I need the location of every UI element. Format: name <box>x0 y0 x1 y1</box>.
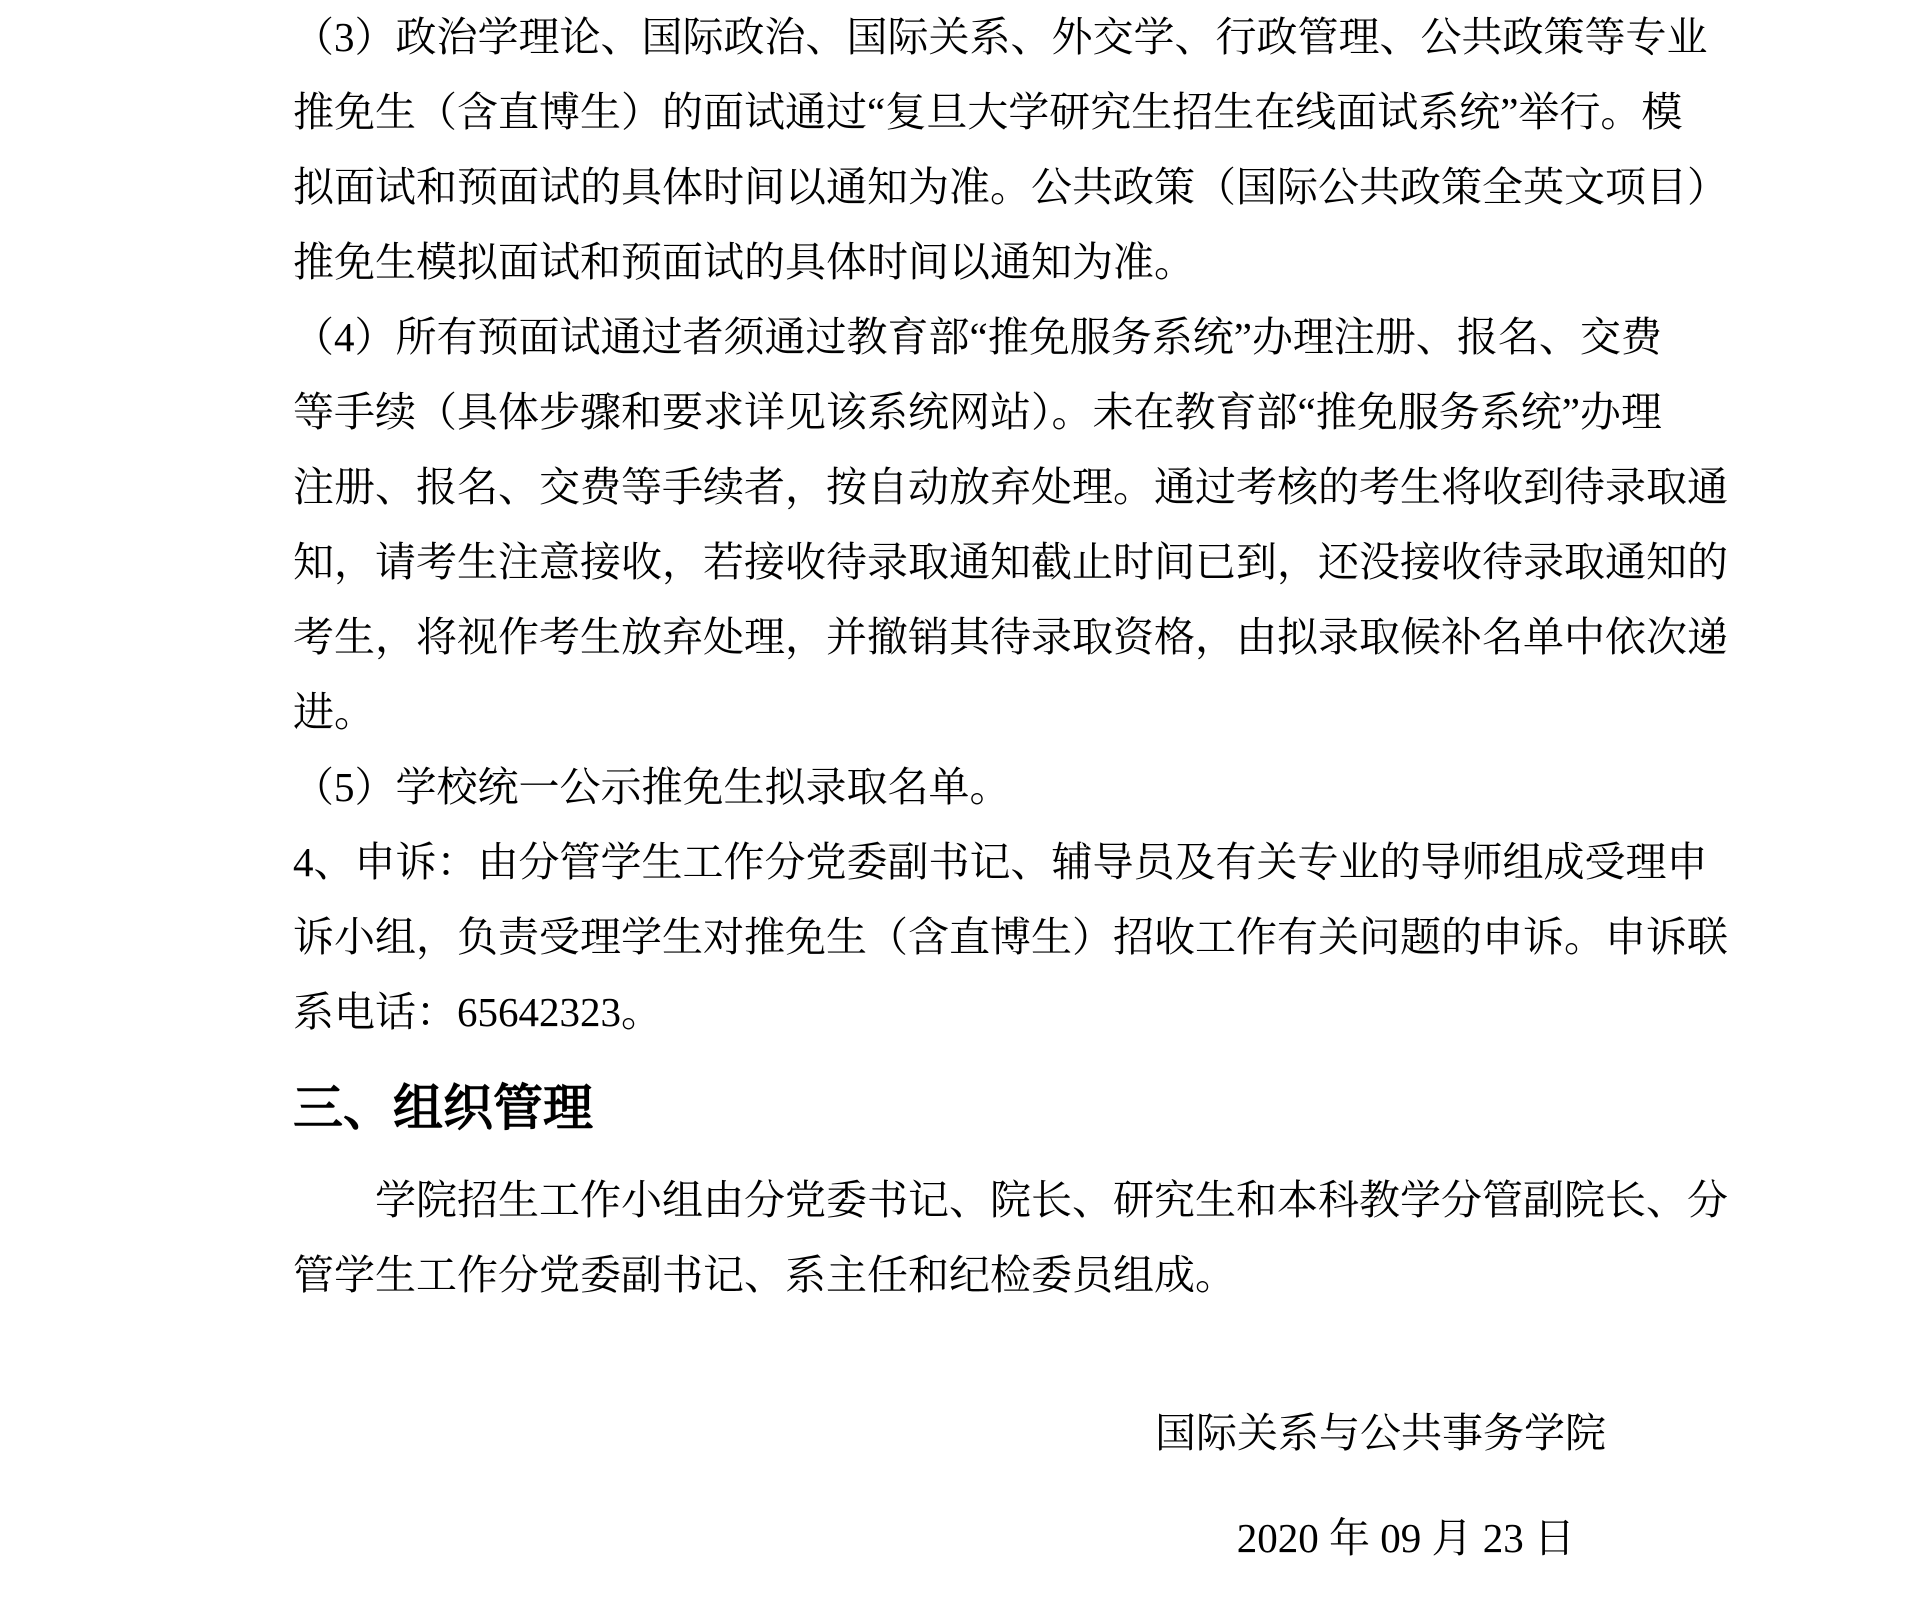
body-line: 注册、报名、交费等手续者，按自动放弃处理。通过考核的考生将收到待录取通 <box>293 450 1663 525</box>
body-line: （4）所有预面试通过者须通过教育部“推免服务系统”办理注册、报名、交费 <box>293 300 1663 375</box>
date-line: 2020 年 09 月 23 日 <box>293 1501 1663 1576</box>
body-line: 拟面试和预面试的具体时间以通知为准。公共政策（国际公共政策全英文项目） <box>293 150 1663 225</box>
body-line: 进。 <box>293 675 1663 750</box>
body-line: 考生，将视作考生放弃处理，并撤销其待录取资格，由拟录取候补名单中依次递 <box>293 600 1663 675</box>
body-line: （5）学校统一公示推免生拟录取名单。 <box>293 750 1663 825</box>
body-line: 管学生工作分党委副书记、系主任和纪检委员组成。 <box>293 1238 1663 1313</box>
body-line: （3）政治学理论、国际政治、国际关系、外交学、行政管理、公共政策等专业 <box>293 0 1663 75</box>
body-line: 推免生（含直博生）的面试通过“复旦大学研究生招生在线面试系统”举行。模 <box>293 75 1663 150</box>
body-line: 系电话：65642323。 <box>293 975 1663 1050</box>
signature-line: 国际关系与公共事务学院 <box>293 1396 1663 1471</box>
text-block: （3）政治学理论、国际政治、国际关系、外交学、行政管理、公共政策等专业 推免生（… <box>293 0 1663 1576</box>
section-heading: 三、组织管理 <box>293 1068 1663 1148</box>
body-line: 推免生模拟面试和预面试的具体时间以通知为准。 <box>293 225 1663 300</box>
body-line: 学院招生工作小组由分党委书记、院长、研究生和本科教学分管副院长、分 <box>293 1163 1663 1238</box>
document-page: （3）政治学理论、国际政治、国际关系、外交学、行政管理、公共政策等专业 推免生（… <box>0 0 1925 1598</box>
body-line: 等手续（具体步骤和要求详见该系统网站）。未在教育部“推免服务系统”办理 <box>293 375 1663 450</box>
body-line: 诉小组，负责受理学生对推免生（含直博生）招收工作有关问题的申诉。申诉联 <box>293 900 1663 975</box>
body-line: 4、申诉：由分管学生工作分党委副书记、辅导员及有关专业的导师组成受理申 <box>293 825 1663 900</box>
body-line: 知，请考生注意接收，若接收待录取通知截止时间已到，还没接收待录取通知的 <box>293 525 1663 600</box>
